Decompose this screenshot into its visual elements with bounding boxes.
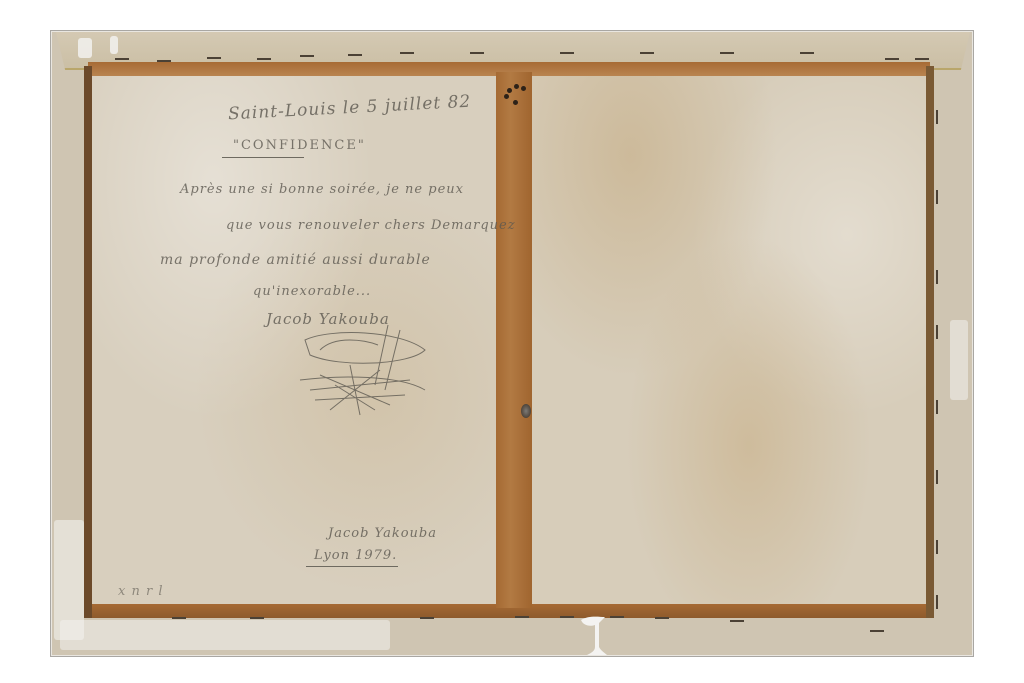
staple (870, 630, 884, 632)
stretcher-edge-left (84, 66, 92, 618)
staple (936, 325, 938, 339)
paint-stain-right (950, 320, 968, 400)
stretcher-crossbar (496, 72, 532, 608)
staple (172, 617, 186, 619)
staple (730, 620, 744, 622)
bottom-place-year: Lyon 1979. (314, 548, 397, 563)
staple (936, 110, 938, 124)
staple (420, 617, 434, 619)
nail-hole (504, 94, 509, 99)
staple (655, 617, 669, 619)
wood-knot (521, 404, 531, 418)
staple (936, 540, 938, 554)
staple (470, 52, 484, 54)
staple (348, 54, 362, 56)
staple (720, 52, 734, 54)
staple (800, 52, 814, 54)
staple (936, 470, 938, 484)
staple (400, 52, 414, 54)
staple (515, 616, 529, 618)
place-year-underline (306, 566, 398, 567)
nail-hole (513, 100, 518, 105)
canvas-panel-right (532, 76, 926, 604)
staple (257, 58, 271, 60)
staple (115, 58, 129, 60)
inscription-line-4: qu'inexorable... (253, 284, 371, 299)
staple (207, 57, 221, 59)
bottom-left-pencil-marks: x n r l (118, 584, 163, 599)
canvas-back-photo: Saint-Louis le 5 juillet 82 "CONFIDENCE"… (0, 0, 1024, 683)
nail-hole (514, 84, 519, 89)
nail-hole (521, 86, 526, 91)
nail-hole (507, 88, 512, 93)
staple (936, 400, 938, 414)
paint-chip (78, 38, 92, 58)
staple (610, 616, 624, 618)
signature-scribble-icon (290, 320, 430, 425)
staple (915, 58, 929, 60)
title-underline (222, 157, 304, 158)
staple (157, 60, 171, 62)
staple (250, 617, 264, 619)
bottom-signature-name: Jacob Yakouba (328, 526, 437, 541)
staple (936, 595, 938, 609)
inscription-title: "CONFIDENCE" (233, 138, 366, 153)
inscription-line-1: Après une si bonne soirée, je ne peux (180, 182, 464, 197)
stretcher-edge-right (926, 66, 934, 618)
staple (560, 616, 574, 618)
staple (300, 55, 314, 57)
inscription-line-3: ma profonde amitié aussi durable (160, 252, 431, 268)
inscription-line-2: que vous renouveler chers Demarquez (226, 218, 516, 233)
staple (936, 270, 938, 284)
paint-chip (110, 36, 118, 54)
staple (936, 190, 938, 204)
staple (640, 52, 654, 54)
staple (560, 52, 574, 54)
paint-stain-bottom (60, 620, 390, 650)
white-paint-mark-icon (579, 615, 609, 655)
staple (885, 58, 899, 60)
